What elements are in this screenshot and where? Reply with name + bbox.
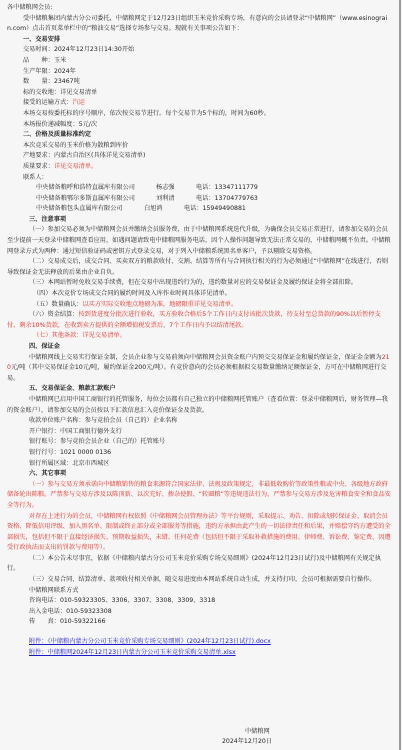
announcement-document: 各中储粮网会员: 受中储粮集团内蒙古分公司委托，中储粮网定于12月23日组织玉米… [0,0,399,750]
section-title-price: 二、价格及质量标准约定 [7,130,393,141]
funds-phone: 出入金电话：010-59323308 [7,607,393,618]
note-2: （二）交易成交后，成交合同、买卖双方的粮款收付、交割、结算等所有与合同执行相关的… [7,257,393,278]
attachment-2: 附件：中储粮网2024年12月23日内蒙古分公司玉米竞价采购交易清单.xlsx [7,648,393,659]
value: 5元/次 [79,121,97,128]
quantity: 数 量：23467吨 [7,77,393,88]
value: 玉米 [54,57,66,64]
contact-company: 中央储备粮呼和浩特直属库有限公司 [36,183,156,194]
consult-phone: 咨询电话：010-59323305、3306、3307、3308、3309、33… [7,596,393,607]
value: 以买方实际交收地点地磅为准，地磅限重详见交易清单。 [83,301,238,308]
price-text: 本次竞采交易的玉米价格为散粮到库价 [7,141,393,152]
quality-requirement: 质量要求：详见交易清单。 [7,162,393,173]
value: 内蒙古自治区(具体详见交易清单) [54,152,145,159]
contact-phone: 电话：13347111779 [196,183,258,194]
section-title-account: 五、交易保证金、粮款汇款账户 [7,384,393,395]
label: 收款单位账户名称： [29,417,85,424]
origin-requirement: 产地要求：内蒙古自治区(具体详见交易清单) [7,151,393,162]
value: 汽运 [73,99,85,106]
value: 详见交易清单 [60,89,97,96]
label: 银行所属区域： [29,460,72,467]
price-step: 本场报价递减幅度：5元/次 [7,120,393,131]
note-7: （七）其他条款：详见交易清单。 [7,331,393,342]
section-title-other: 六、其它事项 [7,469,393,480]
contact-label: 联系人： [7,173,393,184]
bank-region: 银行所属区域：北京市西城区 [7,459,393,470]
section-title-deposit: 四、保证金 [7,342,393,353]
section-title-notes: 三、注意事项 [7,215,393,226]
other-2: （二）本公告未尽事宜，依据《中储粮内蒙古分公司玉米竞价采购专场交易细则》(202… [7,554,393,575]
variety: 品 种：玉米 [7,56,393,67]
label: 交易时间： [23,46,54,53]
value: 中国工商银行德外支行 [60,428,122,435]
contact-company: 中央储备粮鄂尔多斯直属库有限公司 [36,194,156,205]
label: 接受的运输方式： [23,99,73,106]
attachment-1: 附件：《中储粮内蒙古分公司玉米竞价采购专场交易细则》(2024年12月23日试行… [7,637,393,648]
value: 参与竞拍会员企业（自己的）托管账号 [60,438,165,445]
greeting: 各中储粮网会员: [7,3,393,14]
signature: 中储粮网 2024年12月20日 [0,727,399,747]
value: 详见交易清单。 [54,163,97,170]
delivery-place: 标的交收地：详见交易清单 [7,88,393,99]
label: （五）数量确认： [33,301,83,308]
other-1b: 对存在上述行为的会员，中储粮网有权依照《中储粮网会员管理办法》等平台规则，采取提… [7,512,393,554]
deposit-text-prefix: 保证金金额为 [345,354,382,361]
contact-phone: 电话：13704779763 [196,194,258,205]
deposit-text-rest: 元/吨（其中交易保证金10元/吨，履约保证金200元/吨）。有竞价意向的会员必须… [7,364,386,382]
label: 出入金电话： [29,608,66,615]
note-5: （五）数量确认：以买方实际交收地点地磅为准，地磅限重详见交易清单。 [7,300,393,311]
contact-name: 白旭鸿 [144,204,184,215]
contact-title: 中储粮网联系方式 [7,586,393,597]
value: 010-59322166 [60,618,106,625]
value: 参与竞拍会员（自己的）企业名称 [85,417,178,424]
contact-row: 中央储备粮鄂尔多斯直属库有限公司刘利清电话：13704779763 [7,194,393,205]
bank-account: 银行账号：参与竞拍会员企业（自己的）托管账号 [7,437,393,448]
attachment-list-link[interactable]: 附件：中储粮网2024年12月23日内蒙古分公司玉米竞价采购交易清单.xlsx [29,649,236,656]
value: 010-59323305、3306、3307、3308、3309、3318 [60,597,215,604]
fax: 传 真：010-59322166 [7,617,393,628]
signature-org: 中储粮网 [222,727,399,737]
contact-phone: 电话：15949490881 [184,204,246,215]
value: 北京市西城区 [72,460,109,467]
label: 传 真： [29,618,60,625]
label: （六）资金结算： [29,311,79,318]
signature-date: 2024年12月20日 [222,737,399,747]
section-title-trading: 一、交易安排 [7,35,393,46]
deposit-text-a: 中储粮网线上交易实行保证金制，会员企业参与交易前须向中储粮网会员资金账户内预交交… [29,354,345,361]
value: 010-59323308 [66,608,112,615]
intro-paragraph: 受中储粮集团内蒙古分公司委托，中储粮网定于12月23日组织玉米竞价采购专场，有意… [7,14,393,35]
note-3: （三）本网站暂时免收交易手续费，但在交易中出现违约行为的，违约数量对应的交易保证… [7,278,393,289]
label: 数 量： [23,78,54,85]
note-6: （六）资金结算：按到货进度分批次进行验收，买方验收合格后5个工作日内支付该批次货… [7,310,393,331]
label: 生产年限： [23,68,54,75]
attachment-rules-link[interactable]: 附件：《中储粮内蒙古分公司玉米竞价采购专场交易细则》(2024年12月23日试行… [29,638,271,645]
scrollbar-edge [399,0,401,750]
contact-company: 中央储备粮包头直属库有限公司 [36,204,144,215]
label: 本场报价递减幅度： [23,121,79,128]
label: 品 种： [23,57,54,64]
trading-time: 交易时间：2024年12月23日14:30开始 [7,45,393,56]
value: 1021 0000 0136 [60,449,111,456]
note-1: （一）参加交易必须为中储粮网会员并缴纳会员服务费，由于中储粮网系统迭代升级，为确… [7,225,393,257]
transport-mode: 接受的运输方式：汽运 [7,98,393,109]
label: 标的交收地： [23,89,60,96]
label: 开户银行： [29,428,60,435]
label: 产地要求： [23,152,54,159]
note-4: （四）本次竞价专场成交合同的履约时间及入库作业时间具体详见清单。 [7,289,393,300]
bank-code: 银行行号：1021 0000 0136 [7,448,393,459]
order-rule: 本场交易按委托标的序号顺序，依次按交易节进行。每个交易节为5个标的，时间为60秒… [7,109,393,120]
production-year: 生产年限：2024年 [7,67,393,78]
label: 银行行号： [29,449,60,456]
contact-row: 中央储备粮包头直属库有限公司白旭鸿电话：15949490881 [7,204,393,215]
bank: 开户银行：中国工商银行德外支行 [7,427,393,438]
label: 质量要求： [23,163,54,170]
account-text: 中储粮网已启用中国工商银行的托管服务，每位会员都有自己独立的中储粮网托管账户（查… [7,395,393,416]
contact-row: 中央储备粮呼和浩特直属库有限公司杨志强电话：13347111779 [7,183,393,194]
contact-name: 杨志强 [156,183,196,194]
value: 2024年 [54,68,76,75]
contact-name: 刘利清 [156,194,196,205]
label: 咨询电话： [29,597,60,604]
value: 2024年12月23日14:30开始 [54,46,134,53]
deposit-text: 中储粮网线上交易实行保证金制，会员企业参与交易前须向中储粮网会员资金账户内预交交… [7,353,393,385]
payee: 收款单位账户名称：参与竞拍会员（自己的）企业名称 [7,416,393,427]
label: 银行账号： [29,438,60,445]
other-3: （三）交易合同、结算清单、款项收付相关单据，随交易进度由本网站系统自动生成，并支… [7,575,393,586]
value: 23467吨 [54,78,80,85]
other-1: （一）参与交易方须承诺向中储粮销售的粮食来源符合国家法律、法规及政策规定，非最低… [7,480,393,512]
